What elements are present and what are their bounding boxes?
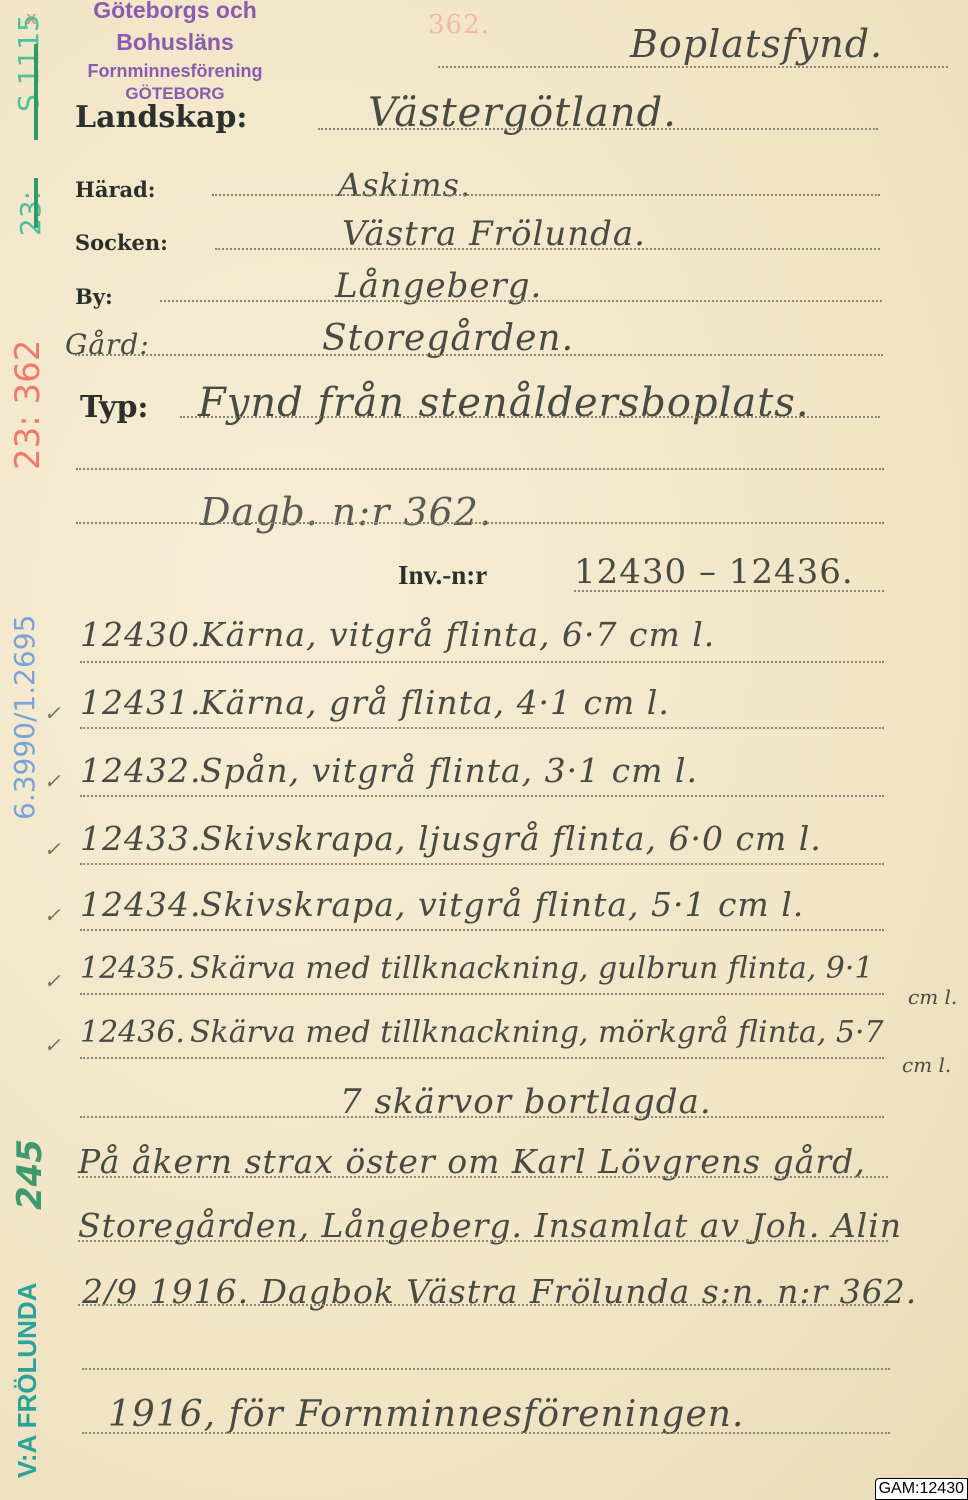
check-mark-icon: ✓ bbox=[44, 903, 61, 927]
item-row: ✓ 12431. Kärna, grå flinta, 4·1 cm l. bbox=[80, 683, 960, 743]
acquisition-line bbox=[82, 1432, 890, 1434]
item-line bbox=[80, 863, 884, 865]
item-number: 12432. bbox=[80, 751, 201, 790]
margin-green-number: 245 bbox=[10, 1139, 50, 1210]
value-harad: Askims. bbox=[338, 166, 471, 204]
check-mark-icon: ✓ bbox=[44, 701, 61, 725]
item-number: 12430. bbox=[80, 615, 201, 654]
item-note: cm l. bbox=[908, 985, 957, 1009]
margin-teal-mid: 23: bbox=[14, 191, 47, 236]
item-number: 12433. bbox=[80, 819, 201, 858]
item-text: Spån, vitgrå flinta, 3·1 cm l. bbox=[200, 751, 698, 790]
by-line bbox=[160, 300, 882, 302]
catalog-id-label: GAM:12430 bbox=[875, 1478, 968, 1500]
category-line bbox=[438, 66, 948, 68]
blank-line-2 bbox=[82, 1368, 890, 1370]
item-row: 12430. Kärna, vitgrå flinta, 6·7 cm l. bbox=[80, 615, 960, 675]
item-row: ✓ 12435. Skärva med tillknackning, gulbr… bbox=[80, 951, 960, 1011]
inventory-line bbox=[574, 590, 884, 592]
item-line bbox=[80, 795, 884, 797]
check-mark-icon: ✓ bbox=[44, 837, 61, 861]
margin-red-number: 23: 362 bbox=[8, 340, 48, 470]
blank-line-1 bbox=[76, 468, 884, 470]
value-typ: Fynd från stenåldersboplats. bbox=[198, 380, 810, 426]
teal-location-stamp: V:A FRÖLUNDA bbox=[12, 1283, 43, 1478]
item-line bbox=[80, 661, 884, 663]
item-line bbox=[80, 929, 884, 931]
description-rule-1 bbox=[78, 1176, 888, 1178]
item-number: 12434. bbox=[80, 885, 201, 924]
label-inventory: Inv.-n:r bbox=[398, 560, 487, 591]
item-number: 12431. bbox=[80, 683, 201, 722]
gard-line bbox=[75, 354, 883, 356]
item-text: Skivskrapa, vitgrå flinta, 5·1 cm l. bbox=[200, 885, 804, 924]
item-note: cm l. bbox=[902, 1053, 951, 1077]
acquisition: 1916, för Fornminnesföreningen. bbox=[108, 1394, 744, 1435]
label-by: By: bbox=[75, 284, 113, 309]
label-gard: Gård: bbox=[65, 328, 150, 361]
stamp-line-2: Bohusläns bbox=[40, 26, 310, 58]
value-inventory: 12430 – 12436. bbox=[574, 552, 854, 592]
description-rule-2 bbox=[78, 1240, 888, 1242]
label-harad: Härad: bbox=[75, 177, 156, 202]
value-gard: Storegården. bbox=[322, 318, 574, 359]
check-mark-icon: ✓ bbox=[44, 769, 61, 793]
label-typ: Typ: bbox=[80, 390, 149, 425]
dagbok-number: Dagb. n:r 362. bbox=[200, 490, 492, 534]
item-line bbox=[80, 727, 884, 729]
item-text: Skivskrapa, ljusgrå flinta, 6·0 cm l. bbox=[200, 819, 822, 858]
label-socken: Socken: bbox=[75, 230, 168, 255]
socken-line bbox=[215, 248, 880, 250]
margin-teal-top: S 1115 bbox=[12, 14, 45, 112]
item-line bbox=[80, 993, 884, 995]
category: Boplatsfynd. bbox=[630, 22, 883, 66]
landskap-line bbox=[318, 128, 878, 130]
item-text: Skärva med tillknackning, mörkgrå flinta… bbox=[190, 1015, 884, 1050]
stamp-line-3: Fornminnesförening bbox=[40, 58, 310, 84]
check-mark-icon: ✓ bbox=[44, 1033, 61, 1057]
item-text: Kärna, grå flinta, 4·1 cm l. bbox=[200, 683, 670, 722]
red-number-top: 362. bbox=[428, 10, 490, 40]
description-rule-3 bbox=[78, 1304, 888, 1306]
item-number: 12436. bbox=[80, 1015, 185, 1050]
label-landskap: Landskap: bbox=[75, 100, 248, 135]
stamp-line-1: Göteborgs och bbox=[40, 0, 310, 26]
item-text: Kärna, vitgrå flinta, 6·7 cm l. bbox=[200, 615, 715, 654]
item-row: ✓ 12433. Skivskrapa, ljusgrå flinta, 6·0… bbox=[80, 819, 960, 879]
removed-line bbox=[80, 1116, 884, 1118]
item-text: Skärva med tillknackning, gulbrun flinta… bbox=[190, 951, 873, 986]
society-stamp: Göteborgs och Bohusläns Fornminnesföreni… bbox=[40, 0, 310, 104]
item-row: ✓ 12436. Skärva med tillknackning, mörkg… bbox=[80, 1015, 960, 1075]
strike-line bbox=[34, 178, 38, 228]
check-mark-icon: ✓ bbox=[44, 969, 61, 993]
margin-blue-number: 6.3990/1.2695 bbox=[8, 615, 41, 820]
item-line bbox=[80, 1057, 884, 1059]
item-row: ✓ 12434. Skivskrapa, vitgrå flinta, 5·1 … bbox=[80, 885, 960, 945]
item-number: 12435. bbox=[80, 951, 185, 986]
strike-line bbox=[34, 44, 38, 140]
harad-line bbox=[212, 194, 880, 196]
dagbok-line bbox=[76, 522, 884, 524]
item-row: ✓ 12432. Spån, vitgrå flinta, 3·1 cm l. bbox=[80, 751, 960, 811]
typ-line bbox=[180, 416, 880, 418]
